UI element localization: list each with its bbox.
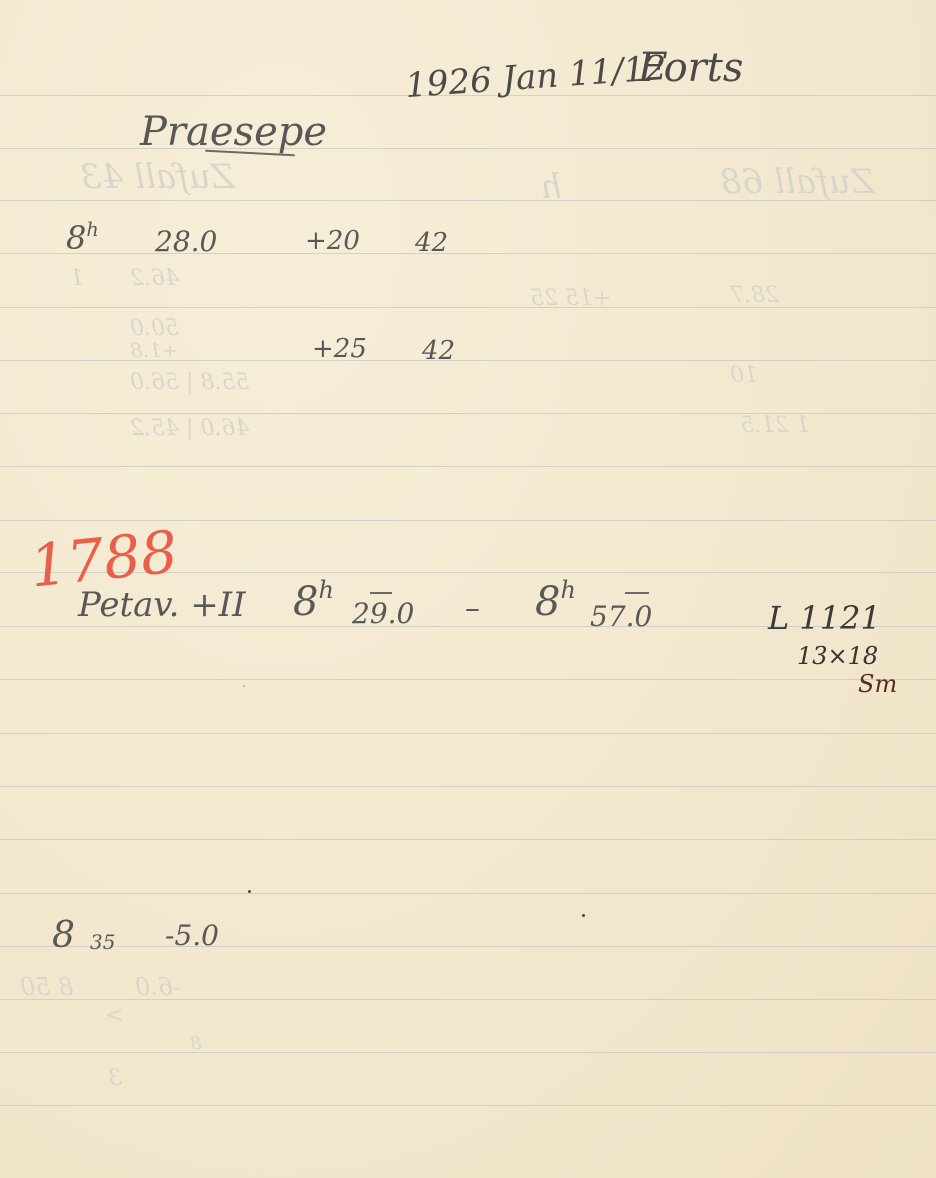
object-name: Praesepe [140, 112, 327, 152]
observation-location: Forts [638, 48, 743, 88]
ruled-line [0, 253, 936, 254]
hours-value: 8 [535, 579, 560, 625]
hours-value: 8 [293, 579, 318, 625]
ghost-text: Zufall 68 [720, 165, 874, 199]
minutes-value: 35 [90, 932, 115, 952]
ghost-text: 28.7 [730, 285, 779, 307]
end-minutes: 57.0 [590, 603, 652, 631]
ra-minutes: 28.0 [155, 228, 217, 256]
ghost-text: Zufall 43 [80, 160, 234, 194]
hour-unit: h [318, 576, 333, 604]
ghost-text: 1 21.5 [740, 415, 810, 437]
ruled-line [0, 786, 936, 787]
ruled-line [0, 839, 936, 840]
ghost-text: 1 [70, 268, 84, 290]
plate-reference: L 1121 [768, 602, 881, 634]
ruled-line [0, 893, 936, 894]
ghost-text: 10 [730, 365, 758, 387]
ghost-text: 50.0 [130, 318, 179, 340]
hours-value: 8 [52, 918, 75, 954]
hour-unit: h [86, 218, 98, 241]
time-separator: – [465, 594, 480, 624]
ruled-line [0, 466, 936, 467]
ghost-text: 46.2 [130, 268, 179, 290]
ghost-text: 8 [190, 1035, 201, 1053]
ruled-line [0, 679, 936, 680]
ghost-text: 3 [108, 1068, 122, 1090]
paper-speck [243, 685, 245, 687]
notebook-page: Zufall 43 1 46.2 50.0 +1.8 55.8 | 56.0 4… [0, 0, 936, 1178]
minute-mark [370, 592, 392, 594]
ghost-text: h [540, 170, 562, 204]
ghost-text: 46.0 | 45.2 [130, 418, 249, 440]
ruled-line [0, 307, 936, 308]
ruled-line [0, 946, 936, 947]
hours-value: 8 [66, 219, 86, 257]
ruled-line [0, 1105, 936, 1106]
start-minutes: 29.0 [352, 600, 414, 628]
paper-speck [248, 890, 251, 893]
ghost-text: +15 25 [530, 288, 611, 310]
object-name: Petav. +II [78, 588, 246, 622]
measurement-value: -5.0 [165, 922, 219, 950]
ra-hours: 8h [66, 222, 99, 254]
ruled-line [0, 733, 936, 734]
ghost-text: -6.0 [135, 975, 181, 999]
declination: +20 [305, 228, 360, 254]
dec-minutes: 42 [415, 230, 448, 256]
start-hours: 8h [293, 582, 334, 622]
ghost-text: > [105, 1005, 123, 1027]
hour-unit: h [560, 576, 575, 604]
ghost-text: 55.8 | 56.0 [130, 372, 249, 394]
ghost-text: 8 50 [20, 975, 73, 999]
declination: +25 [312, 336, 367, 362]
observer-initials: Sm [858, 672, 897, 696]
ruled-line [0, 1052, 936, 1053]
minute-mark [625, 592, 649, 594]
ghost-text: +1.8 [130, 340, 179, 360]
paper-speck [582, 914, 585, 917]
end-hours: 8h [535, 582, 576, 622]
dec-minutes: 42 [422, 338, 455, 364]
plate-size: 13×18 [797, 644, 878, 668]
